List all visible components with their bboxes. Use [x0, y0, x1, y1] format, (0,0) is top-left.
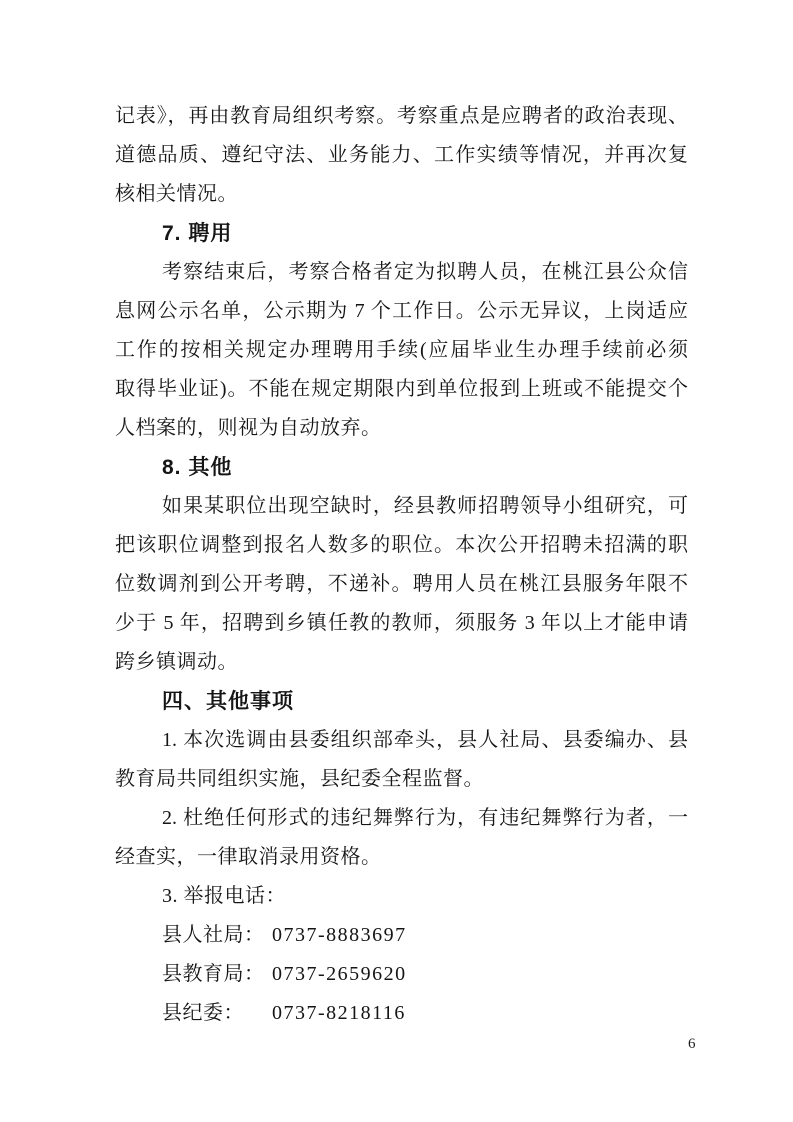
page-number: 6 [688, 1034, 696, 1054]
text-line: 道德品质、遵纪守法、业务能力、工作实绩等情况，并再次复 [115, 136, 688, 175]
document-page: 记表》，再由教育局组织考察。考察重点是应聘者的政治表现、道德品质、遵纪守法、业务… [0, 0, 793, 1122]
section-heading: 四、其他事项 [115, 682, 688, 721]
text-line: 3. 举报电话： [115, 877, 688, 916]
text-line: 考察结束后，考察合格者定为拟聘人员，在桃江县公众信 [115, 253, 688, 292]
text-line: 把该职位调整到报名人数多的职位。本次公开招聘未招满的职 [115, 526, 688, 565]
text-line: 人档案的，则视为自动放弃。 [115, 409, 688, 448]
contact-label: 县纪委： [162, 994, 272, 1033]
text-line: 核相关情况。 [115, 175, 688, 214]
contact-number: 0737-2659620 [272, 963, 407, 985]
text-line: 经查实，一律取消录用资格。 [115, 838, 688, 877]
text-line: 如果某职位出现空缺时，经县教师招聘领导小组研究，可 [115, 487, 688, 526]
contact-label: 县教育局： [162, 955, 272, 994]
text-line: 少于 5 年，招聘到乡镇任教的教师，须服务 3 年以上才能申请 [115, 604, 688, 643]
section-heading: 7. 聘用 [115, 214, 688, 253]
contact-line: 县纪委：0737-8218116 [115, 994, 688, 1033]
contact-line: 县人社局：0737-8883697 [115, 916, 688, 955]
text-line: 记表》，再由教育局组织考察。考察重点是应聘者的政治表现、 [115, 97, 688, 136]
contact-line: 县教育局：0737-2659620 [115, 955, 688, 994]
section-heading: 8. 其他 [115, 448, 688, 487]
contact-label: 县人社局： [162, 916, 272, 955]
text-line: 教育局共同组织实施，县纪委全程监督。 [115, 760, 688, 799]
text-line: 位数调剂到公开考聘，不递补。聘用人员在桃江县服务年限不 [115, 565, 688, 604]
text-line: 跨乡镇调动。 [115, 643, 688, 682]
text-line: 2. 杜绝任何形式的违纪舞弊行为，有违纪舞弊行为者，一 [115, 799, 688, 838]
text-line: 息网公示名单，公示期为 7 个工作日。公示无异议，上岗适应 [115, 292, 688, 331]
text-line: 工作的按相关规定办理聘用手续(应届毕业生办理手续前必须 [115, 331, 688, 370]
text-line: 取得毕业证)。不能在规定期限内到单位报到上班或不能提交个 [115, 370, 688, 409]
text-line: 1. 本次选调由县委组织部牵头，县人社局、县委编办、县 [115, 721, 688, 760]
contact-number: 0737-8883697 [272, 924, 407, 946]
document-body: 记表》，再由教育局组织考察。考察重点是应聘者的政治表现、道德品质、遵纪守法、业务… [115, 97, 688, 1033]
contact-number: 0737-8218116 [272, 1002, 406, 1024]
